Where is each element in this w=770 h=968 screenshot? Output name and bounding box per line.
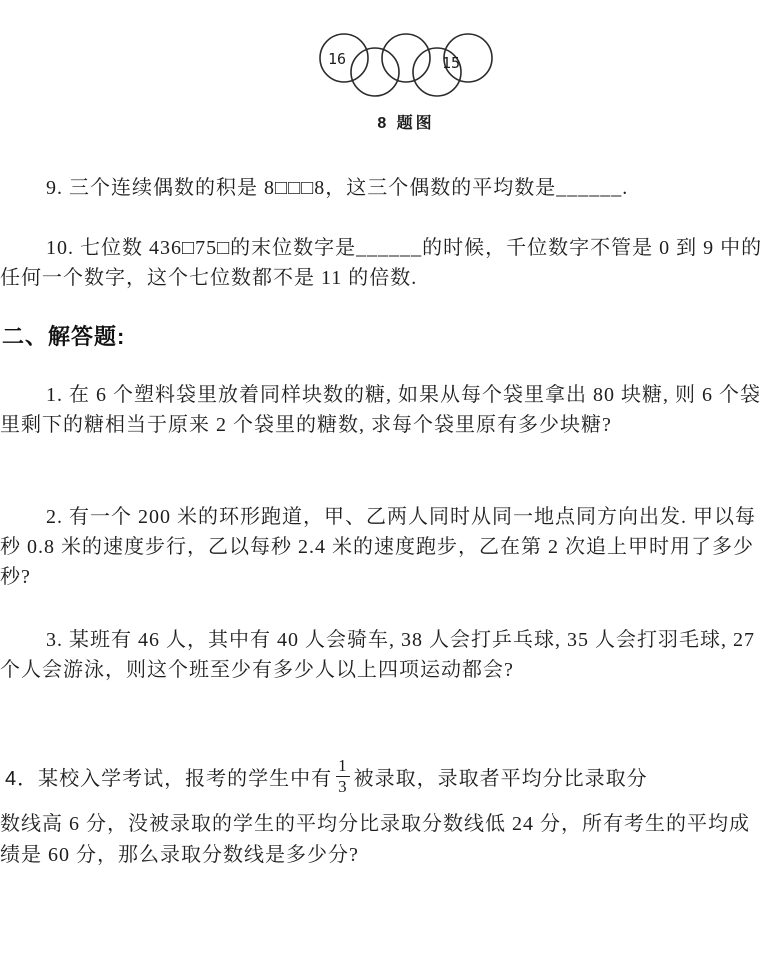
overlapping-circles-diagram: 16 15 [318, 29, 494, 99]
section-heading-answer-questions: 二、解答题: [2, 320, 125, 351]
fraction-denominator: 3 [336, 776, 350, 797]
problem-1: 1. 在 6 个塑料袋里放着同样块数的糖, 如果从每个袋里拿出 80 块糖, 则… [0, 380, 770, 440]
fraction-numerator: 1 [338, 756, 348, 776]
figure-caption: 8 题图 [318, 110, 494, 133]
circle-2 [351, 48, 399, 96]
problem-4-line1: 4．某校入学考试，报考的学生中有 1 3 被录取，录取者平均分比录取分 [5, 750, 648, 802]
problem-2: 2. 有一个 200 米的环形跑道，甲、乙两人同时从同一地点同方向出发. 甲以每… [0, 502, 770, 592]
math-worksheet-page: 16 15 8 题图 9. 三个连续偶数的积是 8□□□8，这三个偶数的平均数是… [0, 0, 770, 968]
problem-10: 10. 七位数 436□75□的末位数字是______的时候，千位数字不管是 0… [0, 233, 770, 293]
problem-4-line1-post: 被录取，录取者平均分比录取分 [354, 762, 648, 791]
circle-3 [382, 34, 430, 82]
problem-9: 9. 三个连续偶数的积是 8□□□8，这三个偶数的平均数是______. [0, 173, 770, 203]
circle-label-16: 16 [328, 50, 346, 68]
fraction-one-third: 1 3 [336, 756, 350, 796]
circle-label-15: 15 [442, 54, 460, 72]
problem-4-line1-pre: 4．某校入学考试，报考的学生中有 [5, 762, 332, 791]
problem-3: 3. 某班有 46 人，其中有 40 人会骑车, 38 人会打乒乓球, 35 人… [0, 625, 770, 685]
problem-4-continuation: 数线高 6 分，没被录取的学生的平均分比录取分数线低 24 分，所有考生的平均成… [0, 809, 770, 871]
